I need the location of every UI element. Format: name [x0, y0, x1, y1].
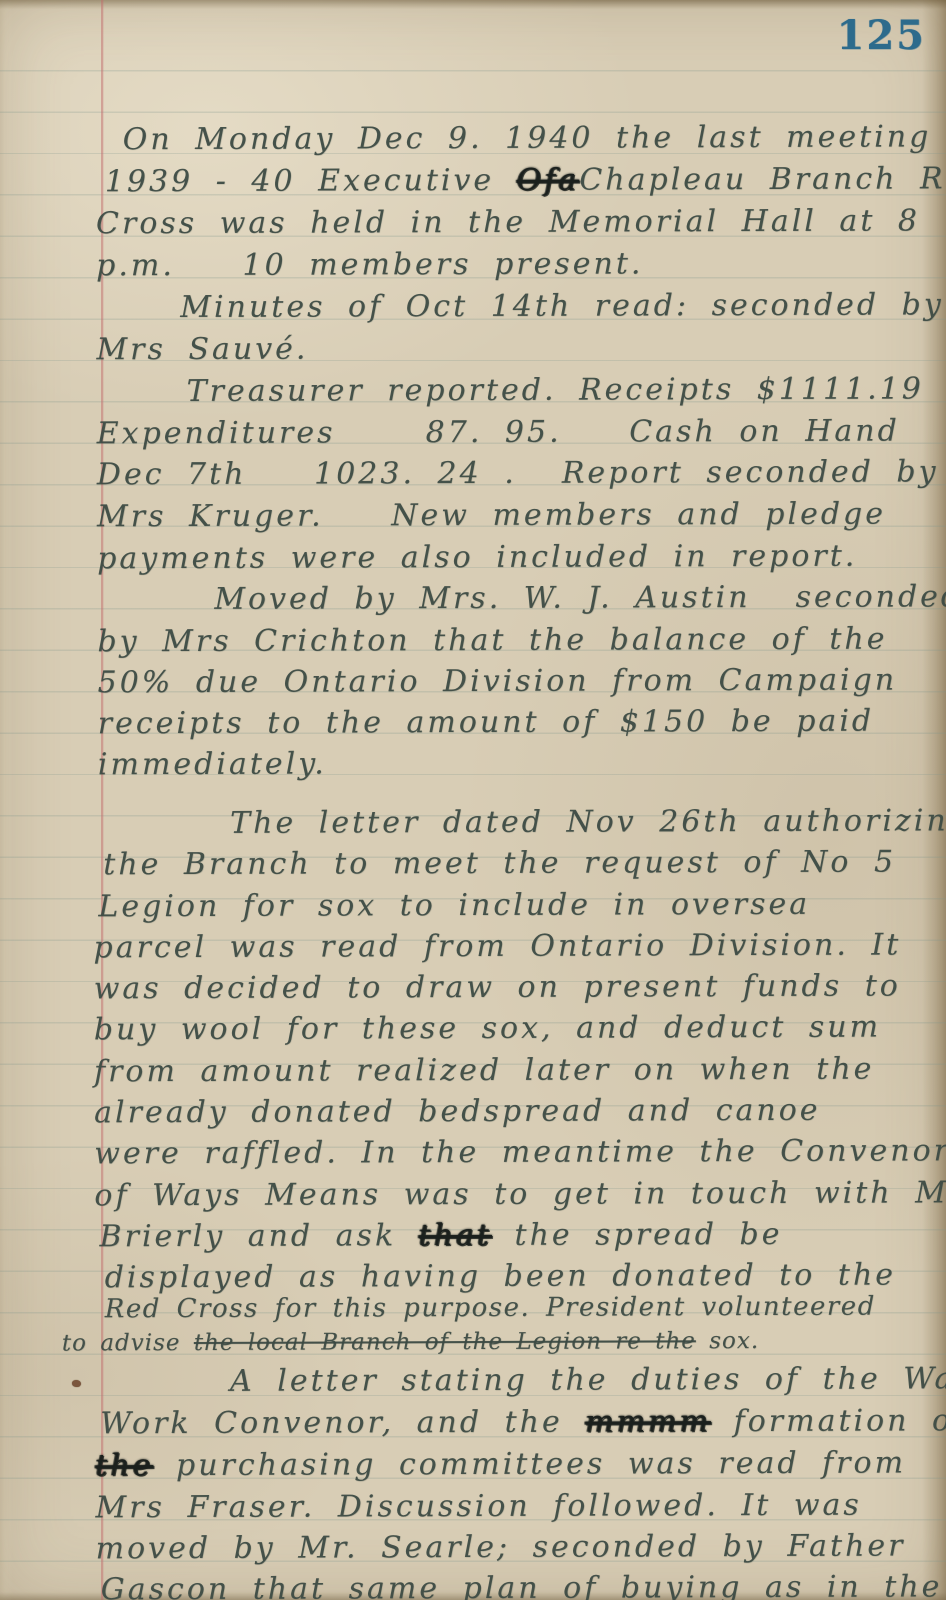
handwritten-line: Brierly and ask that the spread be: [99, 1218, 782, 1253]
line-text: formation of: [711, 1403, 946, 1439]
handwritten-line: On Monday Dec 9. 1940 the last meeting o…: [123, 120, 946, 156]
handwritten-line: receipts to the amount of $150 be paid: [98, 705, 874, 741]
handwritten-line: p.m. 10 members present.: [96, 247, 643, 282]
line-text: Chapleau Branch Red: [579, 161, 946, 197]
line-text: sox.: [696, 1328, 759, 1354]
handwritten-line: 1939 - 40 Executive OfaChapleau Branch R…: [105, 162, 946, 198]
handwritten-line: Legion for sox to include in oversea: [98, 888, 810, 923]
handwritten-line: displayed as having been donated to the: [105, 1259, 896, 1295]
line-text: purchasing committees was read from: [153, 1445, 906, 1483]
handwritten-line: Treasurer reported. Receipts $1111.19: [187, 372, 924, 408]
handwritten-line: The letter dated Nov 26th authorizing: [230, 804, 946, 840]
notebook-page: 125 On Monday Dec 9. 1940 the last meeti…: [0, 0, 946, 1600]
handwritten-line: by Mrs Crichton that the balance of the: [97, 623, 887, 659]
handwritten-line: buy wool for these sox, and deduct sum: [94, 1011, 881, 1047]
handwritten-line: to advise the local Branch of the Legion…: [62, 1329, 759, 1357]
line-text: Work Convenor, and the: [100, 1405, 585, 1442]
handwritten-line: Mrs Fraser. Discussion followed. It was: [95, 1489, 861, 1525]
handwritten-line: payments were also included in report.: [97, 540, 857, 576]
manuscript-text: On Monday Dec 9. 1940 the last meeting o…: [0, 0, 946, 1600]
struck-phrase: the local Branch of the Legion re the: [194, 1328, 696, 1356]
handwritten-line: the purchasing committees was read from: [95, 1446, 906, 1482]
handwritten-line: Gascon that same plan of buying as in th…: [101, 1570, 943, 1600]
handwritten-line: Dec 7th 1023. 24 . Report seconded by: [97, 455, 939, 491]
handwritten-line: parcel was read from Ontario Division. I…: [93, 929, 901, 965]
handwritten-line: from amount realized later on when the: [94, 1053, 875, 1089]
handwritten-line: of Ways Means was to get in touch with M…: [94, 1176, 946, 1212]
handwritten-line: was decided to draw on present funds to: [94, 970, 901, 1006]
overwritten-word: the: [95, 1448, 153, 1483]
handwritten-line: were raffled. In the meantime the Conven…: [94, 1134, 946, 1170]
handwritten-line: A letter stating the duties of the War: [230, 1362, 946, 1398]
handwritten-line: Minutes of Oct 14th read: seconded by: [180, 288, 944, 324]
handwritten-line: Expenditures 87. 95. Cash on Hand: [97, 415, 900, 451]
handwritten-line: Work Convenor, and the mmmm formation of: [100, 1404, 946, 1440]
line-text: to advise: [62, 1330, 194, 1356]
handwritten-line: immediately.: [98, 748, 327, 782]
handwritten-line: the Branch to meet the request of No 5: [103, 846, 896, 882]
handwritten-line: already donated bedspread and canoe: [94, 1094, 821, 1130]
struck-word: that: [419, 1218, 492, 1253]
line-text: Brierly and ask: [99, 1218, 418, 1254]
handwritten-line: Moved by Mrs. W. J. Austin seconded: [214, 580, 946, 616]
scribbled-out-word: mmmm: [585, 1404, 711, 1439]
line-text: the spread be: [492, 1217, 783, 1253]
handwritten-line: Cross was held in the Memorial Hall at 8: [96, 204, 920, 240]
handwritten-line: Mrs Kruger. New members and pledge: [97, 498, 886, 534]
handwritten-line: Red Cross for this purpose. President vo…: [105, 1293, 876, 1324]
line-text: 1939 - 40 Executive: [105, 163, 517, 199]
handwritten-line: moved by Mr. Searle; seconded by Father: [96, 1529, 906, 1565]
handwritten-line: 50% due Ontario Division from Campaign: [98, 664, 898, 700]
struck-word: Ofa: [517, 163, 580, 198]
handwritten-line: Mrs Sauvé.: [96, 333, 308, 367]
